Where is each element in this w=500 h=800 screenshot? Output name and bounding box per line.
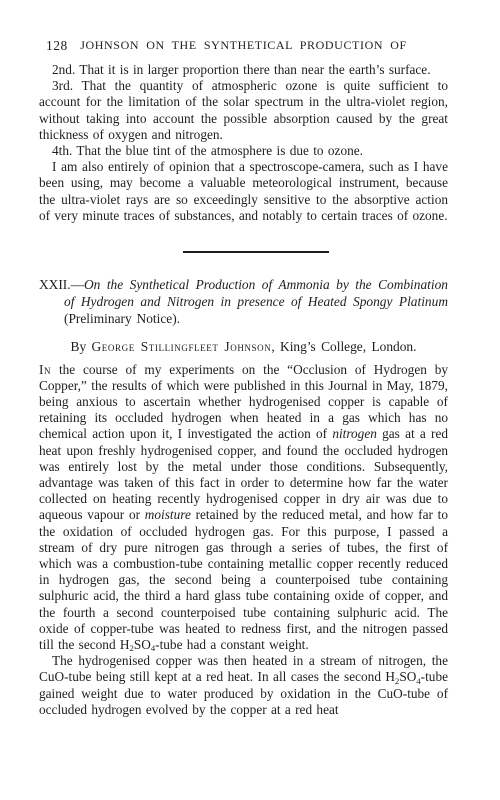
article-title-text: On the Synthetical Production of Ammonia… bbox=[64, 277, 448, 309]
chemical-subscript: 2 bbox=[130, 643, 134, 653]
text-segment: SO bbox=[134, 637, 151, 652]
chemical-subscript: 4 bbox=[151, 643, 155, 653]
journal-page: 128 JOHNSON ON THE SYNTHETICAL PRODUCTIO… bbox=[0, 0, 500, 800]
paragraph-point-4th: 4th. That the blue tint of the atmospher… bbox=[39, 143, 448, 159]
paragraph-point-3rd: 3rd. That the quantity of atmospheric oz… bbox=[39, 78, 448, 143]
lead-in-word: In bbox=[39, 362, 51, 377]
byline-prefix: By bbox=[71, 339, 92, 354]
page-body: 2nd. That it is in larger proportion the… bbox=[39, 62, 448, 718]
chemical-subscript: 2 bbox=[395, 676, 399, 686]
article-number: XXII.— bbox=[39, 277, 84, 292]
section-divider-rule bbox=[183, 251, 329, 253]
chemical-subscript: 4 bbox=[416, 676, 420, 686]
page-header: 128 JOHNSON ON THE SYNTHETICAL PRODUCTIO… bbox=[39, 38, 448, 54]
text-segment: SO bbox=[399, 669, 416, 684]
article-notice-label: (Preliminary Notice). bbox=[64, 311, 180, 326]
paragraph-point-2nd: 2nd. That it is in larger proportion the… bbox=[39, 62, 448, 78]
page-number: 128 bbox=[46, 38, 68, 54]
text-segment: retained by the reduced metal, and how f… bbox=[39, 507, 448, 652]
byline-author-name: George Stillingfleet Johnson bbox=[92, 339, 272, 354]
byline: By George Stillingfleet Johnson, King’s … bbox=[39, 338, 448, 355]
paragraph-closing-remark: I am also entirely of opinion that a spe… bbox=[39, 159, 448, 224]
byline-affiliation: , King’s College, London. bbox=[271, 339, 416, 354]
running-title: JOHNSON ON THE SYNTHETICAL PRODUCTION OF bbox=[39, 38, 448, 53]
text-segment: -tube had a constant weight. bbox=[155, 637, 309, 652]
article-paragraph-2: The hydrogenised copper was then heated … bbox=[39, 653, 448, 718]
article-paragraph-1: In the course of my experiments on the “… bbox=[39, 362, 448, 654]
italic-term-nitrogen: nitrogen bbox=[332, 426, 377, 441]
text-segment: The hydrogenised copper was then heated … bbox=[39, 653, 448, 684]
italic-term-moisture: moisture bbox=[145, 507, 191, 522]
article-heading: XXII.—On the Synthetical Production of A… bbox=[39, 276, 448, 327]
